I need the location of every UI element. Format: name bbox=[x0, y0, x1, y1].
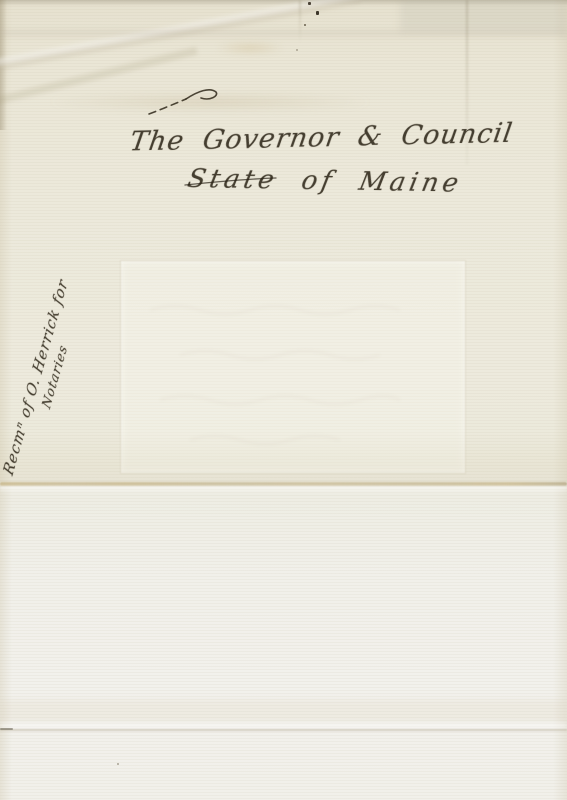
lower-fold-crease bbox=[0, 729, 567, 731]
pen-flourish bbox=[146, 82, 230, 122]
edge-mark bbox=[0, 728, 13, 730]
lower-tone-band bbox=[0, 700, 567, 722]
ink-speck bbox=[308, 2, 311, 5]
ink-speck bbox=[117, 763, 119, 765]
fold-shading bbox=[0, 430, 567, 482]
address-line-recipient: The Governor & Council bbox=[128, 118, 515, 158]
stain-spot bbox=[215, 40, 285, 56]
horizontal-crease-top bbox=[0, 30, 567, 36]
fold-highlight bbox=[0, 486, 567, 494]
document-scan: The Governor & Council State of Maine Re… bbox=[0, 0, 567, 800]
paper-topright-tint bbox=[400, 0, 567, 32]
vertical-crease-left bbox=[299, 0, 301, 42]
ink-speck bbox=[296, 49, 298, 51]
ink-speck bbox=[304, 24, 306, 26]
ink-speck bbox=[316, 11, 319, 15]
pen-cross-stroke bbox=[184, 176, 278, 188]
